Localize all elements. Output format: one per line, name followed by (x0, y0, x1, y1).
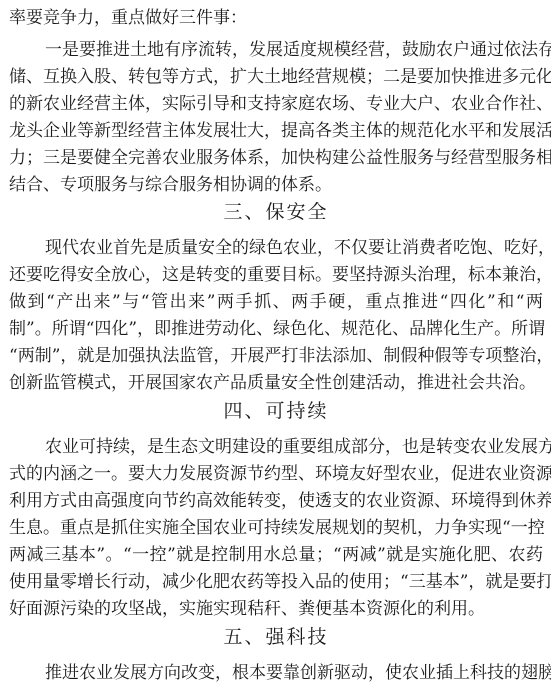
section-heading: 四、可持续 (9, 398, 543, 424)
paragraph-line: 好面源污染的攻坚战，实施实现秸秆、粪便基本资源化的利用。 (9, 597, 543, 621)
paragraph-line: 两减三基本”。“一控”就是控制用水总量；“两减”就是实施化肥、农药 (9, 543, 543, 567)
section-heading: 三、保安全 (9, 199, 543, 225)
paragraph-line: 使用量零增长行动，减少化肥农药等投入品的使用；“三基本”，就是要打 (9, 570, 543, 594)
paragraph-line: 力；三是要健全完善农业服务体系，加快构建公益性服务与经营型服务相 (9, 146, 543, 170)
paragraph-line: 的新农业经营主体，实际引导和支持家庭农场、专业大户、农业合作社、 (9, 92, 543, 116)
paragraph-line: 利用方式由高强度向节约高效能转变，使透支的农业资源、环境得到休养 (9, 489, 543, 513)
paragraph-line: 式的内涵之一。要大力发展资源节约型、环境友好型农业，促进农业资源 (9, 462, 543, 486)
paragraph-line: 一是要推进土地有序流转，发展适度规模经营，鼓励农户通过依法存 (9, 38, 543, 62)
paragraph-line: 创新监管模式，开展国家农产品质量安全性创建活动，推进社会共治。 (9, 371, 543, 395)
paragraph-line: 储、互换入股、转包等方式，扩大土地经营规模；二是要加快推进多元化 (9, 65, 543, 89)
paragraph-line: 还要吃得安全放心，这是转变的重要目标。要坚持源头治理，标本兼治， (9, 263, 543, 287)
paragraph-line: 结合、专项服务与综合服务相协调的体系。 (9, 173, 543, 197)
paragraph-line: “两制”，就是加强执法监管，开展严打非法添加、制假种假等专项整治， (9, 344, 543, 368)
paragraph-line: 现代农业首先是质量安全的绿色农业，不仅要让消费者吃饱、吃好， (9, 236, 543, 260)
paragraph-line: 推进农业发展方向改变，根本要靠创新驱动，使农业插上科技的翅膀， (9, 661, 543, 685)
paragraph-line: 制”。所谓“四化”，即推进劳动化、绿色化、规范化、品牌化生产。所谓 (9, 317, 543, 341)
paragraph-line: 生息。重点是抓住实施全国农业可持续发展规划的契机，力争实现“一控 (9, 516, 543, 540)
paragraph-line: 农业可持续，是生态文明建设的重要组成部分，也是转变农业发展方 (9, 435, 543, 459)
paragraph-line: 龙头企业等新型经营主体发展壮大，提高各类主体的规范化水平和发展活 (9, 119, 543, 143)
paragraph-line: 做到“产出来”与“管出来”两手抓、两手硬，重点推进“四化”和“两 (9, 290, 543, 314)
paragraph-line: 率要竞争力，重点做好三件事： (9, 6, 543, 30)
section-heading: 五、强科技 (9, 624, 543, 650)
